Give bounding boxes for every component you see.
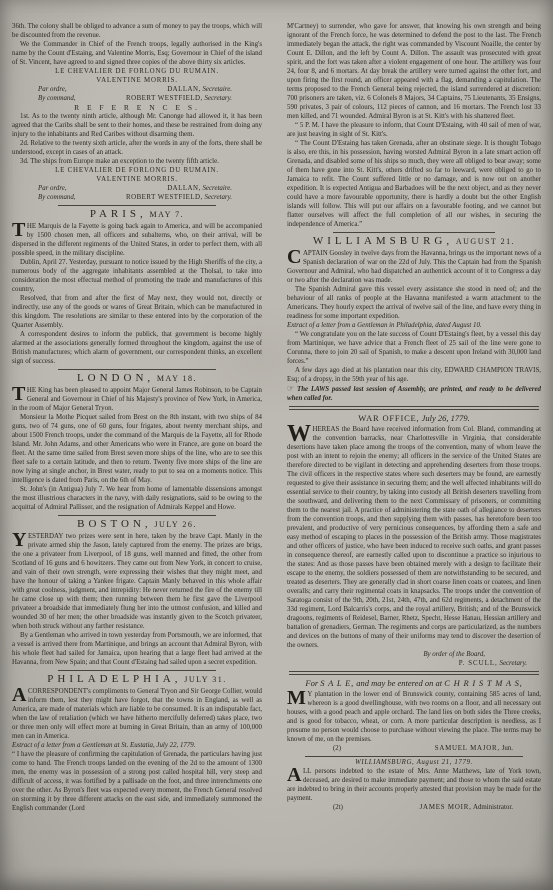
war-office-heading: WAR OFFICE, July 26, 1779. (287, 413, 541, 424)
section-heading-boston: BOSTON, JULY 26. (12, 518, 262, 531)
section-divider (58, 205, 216, 206)
paragraph: WHEREAS the Board have received informat… (287, 425, 541, 650)
dateline-city: WILLIAMSBURG, (313, 235, 453, 247)
signer-name: ROBERT WESTFIELD, (126, 194, 203, 201)
dateline-city: LONDON, (77, 372, 154, 384)
signer-name: DALLAN, (167, 86, 201, 93)
paragraph: St. John's (in Antigua) July 7. We hear … (12, 485, 262, 512)
paragraph: Resolved, that from and after the first … (12, 294, 262, 330)
right-column: M'Cartney) to surrender, who gave for an… (287, 22, 541, 886)
signer-title: Administrator. (473, 804, 513, 811)
section-divider (305, 756, 523, 757)
left-column: 36th. The colony shall be obliged to adv… (12, 22, 262, 886)
paragraph: A few days ago died at his plantation ne… (287, 366, 541, 384)
signature-name: VALENTINE MORRIS. (12, 175, 262, 184)
paragraph: The Spanish Admiral gave this vessel eve… (287, 285, 541, 321)
dateline-city: BOSTON, (77, 518, 152, 530)
office-title: WAR OFFICE, (358, 413, 419, 423)
drop-cap: T (12, 386, 27, 403)
signature-role: Par ordre, (38, 85, 67, 94)
signature-value: DALLAN, Secretaire. (167, 184, 232, 193)
paragraph: ALL persons indebted to the estate of Mr… (287, 767, 541, 803)
signature-name: VALENTINE MORRIS. (12, 76, 262, 85)
signer-name: DALLAN, (167, 185, 201, 192)
dateline-date: JULY 26. (154, 520, 196, 529)
double-rule-divider (289, 406, 539, 410)
signature-row: P. SCULL, Secretary. (287, 659, 541, 668)
double-rule-divider (289, 671, 539, 675)
paragraph: Dublin, April 27. Yesterday, pursuant to… (12, 258, 262, 294)
section-heading-philadelphia: PHILADELPHIA, JULY 31. (12, 673, 262, 686)
paragraph: 1st. As to the twenty ninth article, alt… (12, 112, 262, 139)
paragraph: THE Marquis de la Fayette is going back … (12, 222, 262, 258)
paragraph: YESTERDAY two prizes were sent in here, … (12, 532, 262, 631)
dateline-date: AUGUST 21. (456, 237, 515, 246)
pointing-hand-icon: ☞ (287, 384, 294, 393)
laws-notice: ☞ The LAWS passed last session of Assemb… (287, 384, 541, 403)
signer-name: ROBERT WESTFIELD, (126, 95, 203, 102)
signer-title: Secretaire. (202, 185, 232, 192)
drop-cap: C (287, 249, 303, 266)
drop-cap: Y (12, 532, 28, 549)
letter-extract-caption: Extract of a letter from a Gentleman in … (287, 321, 541, 330)
letter-extract-caption: Extract of a letter from a Gentleman at … (12, 741, 262, 750)
drop-cap: A (12, 687, 28, 704)
paragraph: M'Cartney) to surrender, who gave for an… (287, 22, 541, 121)
paragraph: “ I have the pleasure of confirming the … (12, 750, 262, 813)
paragraph: THE King has been pleased to appoint Maj… (12, 386, 262, 413)
drop-cap: A (287, 767, 303, 784)
signer-name: P. SCULL, (459, 660, 498, 667)
section-divider (58, 670, 216, 671)
paragraph: CAPTAIN Goosley in twelve days from the … (287, 249, 541, 285)
signature-name: LE CHEVALIER DE FORLONG DU RUMAIN. (12, 166, 262, 175)
signature-row: By command, ROBERT WESTFIELD, Secretary. (12, 94, 262, 103)
paragraph: “ We congratulate you on the late succes… (287, 330, 541, 366)
signature-row: By command, ROBERT WESTFIELD, Secretary. (12, 193, 262, 202)
signer-title: Jun. (502, 745, 513, 752)
paragraph: MY plantation in the lower end of Brunsw… (287, 690, 541, 744)
section-heading-paris: PARIS, MAY 7. (12, 208, 262, 221)
signer-title: Secretary. (205, 95, 233, 102)
signature-value: SAMUEL MAJOR, Jun. (435, 744, 513, 753)
dateline-city: PARIS, (90, 208, 147, 220)
christmas-word: C H R I S T M A S, (444, 678, 522, 688)
drop-cap: M (287, 690, 307, 707)
dateline-date: MAY 7. (150, 210, 185, 219)
notice-mark: (2) (333, 744, 341, 753)
paragraph: “ The Count D'Estaing has taken Grenada,… (287, 139, 541, 229)
signature-role: By command, (38, 94, 76, 103)
signature-row: (2t) JAMES MOIR, Administrator. (287, 803, 541, 812)
drop-cap: W (287, 425, 313, 443)
signature-row: Par ordre, DALLAN, Secretaire. (12, 184, 262, 193)
signature-value: ROBERT WESTFIELD, Secretary. (126, 193, 232, 202)
sale-word: S A L E, (320, 678, 354, 688)
paragraph: 2d. Relative to the twenty sixth article… (12, 139, 262, 157)
paragraph: Monsieur la Mothe Picquet sailed from Br… (12, 413, 262, 485)
references-heading: R E F E R E N C E S. (12, 103, 262, 112)
paragraph: By a Gentleman who arrived in town yeste… (12, 631, 262, 667)
signature-value: JAMES MOIR, Administrator. (420, 803, 513, 812)
section-divider (333, 232, 495, 233)
section-divider (58, 515, 216, 516)
section-heading-london: LONDON, MAY 18. (12, 372, 262, 385)
signer-title: Secretary. (205, 194, 233, 201)
paragraph: We the Commander in Chief of the French … (12, 40, 262, 67)
for-sale-heading: For S A L E, and may be entered on at C … (287, 678, 541, 689)
paragraph: A correspondent desires to inform the pu… (12, 330, 262, 366)
dateline-city: PHILADELPHIA, (47, 673, 181, 685)
signature-row: (2) SAMUEL MAJOR, Jun. (287, 744, 541, 753)
newspaper-page: 36th. The colony shall be obliged to adv… (0, 0, 553, 890)
drop-cap: T (12, 222, 27, 239)
notice-mark: (2t) (333, 803, 343, 812)
signer-title: Secretary. (500, 660, 528, 667)
signer-name: SAMUEL MAJOR, (435, 745, 500, 752)
signature-name: LE CHEVALIER DE FORLONG DU RUMAIN. (12, 67, 262, 76)
signature-row: Par ordre, DALLAN, Secretaire. (12, 85, 262, 94)
office-date: July 26, 1779. (422, 413, 470, 423)
dateline-date: MAY 18. (157, 374, 197, 383)
signature-role: Par ordre, (38, 184, 67, 193)
signer-name: JAMES MOIR, (420, 804, 472, 811)
signer-title: Secretaire. (202, 86, 232, 93)
signature-value: DALLAN, Secretaire. (167, 85, 232, 94)
byline: By order of the Board, (287, 650, 541, 659)
section-heading-williamsburg: WILLIAMSBURG, AUGUST 21. (287, 235, 541, 248)
ad-dateline: WILLIAMSBURG, August 21, 1779. (287, 758, 541, 767)
paragraph: “ 5 P. M. I have the pleasure to inform,… (287, 121, 541, 139)
paragraph: A CORRESPONDENT's compliments to General… (12, 687, 262, 741)
signature-role: By command, (38, 193, 76, 202)
signature-value: ROBERT WESTFIELD, Secretary. (126, 94, 232, 103)
paragraph: 3d. The ships from Europe make an except… (12, 157, 262, 166)
section-divider (58, 369, 216, 370)
paragraph: 36th. The colony shall be obliged to adv… (12, 22, 262, 40)
dateline-date: JULY 31. (184, 675, 226, 684)
